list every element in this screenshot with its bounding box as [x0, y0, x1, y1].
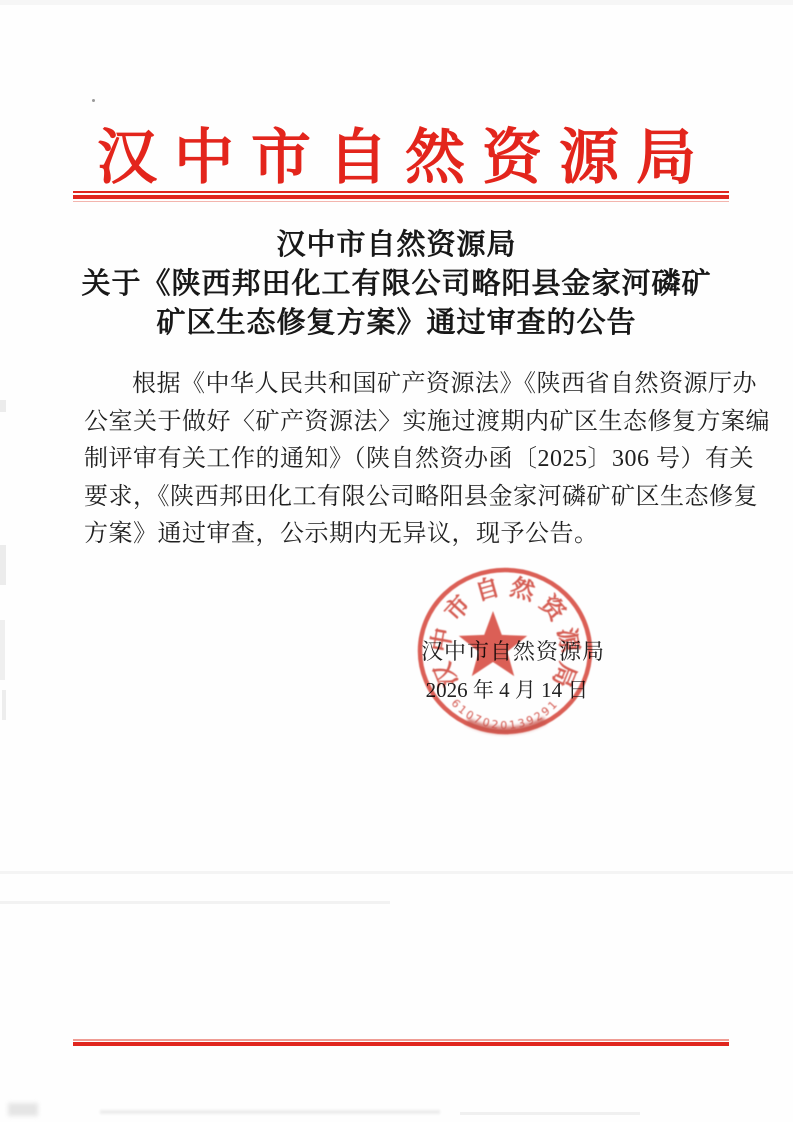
svg-text:然: 然	[507, 573, 539, 607]
scanned-document-page: 汉中市自然资源局 汉中市自然资源局 关于《陕西邦田化工有限公司略阳县金家河磷矿 …	[0, 0, 793, 1122]
letterhead-title: 汉中市自然资源局	[0, 110, 793, 196]
scan-artifact	[8, 1103, 38, 1116]
scan-artifact	[0, 620, 5, 680]
document-title-line-2: 关于《陕西邦田化工有限公司略阳县金家河磷矿	[0, 265, 793, 304]
document-title-line-1: 汉中市自然资源局	[0, 226, 793, 265]
rule-echo-line	[73, 201, 729, 202]
scan-artifact	[100, 1110, 440, 1114]
document-title-line-3: 矿区生态修复方案》通过审查的公告	[0, 304, 793, 343]
official-seal: 汉中市自然资源局 6107020139291	[398, 544, 612, 758]
scan-artifact	[0, 871, 793, 874]
rule-thick-line	[73, 1042, 729, 1046]
scan-artifact	[0, 901, 390, 904]
svg-text:源: 源	[552, 626, 583, 655]
scan-artifact	[0, 400, 6, 412]
scan-artifact	[92, 99, 95, 102]
scan-artifact	[2, 690, 6, 720]
body-line: 要求，《陕西邦田化工有限公司略阳县金家河磷矿矿区生态修复	[84, 479, 716, 517]
svg-text:局: 局	[547, 659, 581, 691]
body-line: 制评审有关工作的通知》（陕自然资办函〔2025〕306 号）有关	[84, 441, 716, 479]
body-paragraph: 根据《中华人民共和国矿产资源法》《陕西省自然资源厅办 公室关于做好〈矿产资源法〉…	[84, 366, 716, 554]
svg-text:中: 中	[427, 626, 458, 654]
body-line: 公室关于做好〈矿产资源法〉实施过渡期内矿区生态修复方案编	[84, 404, 716, 442]
scan-artifact	[0, 545, 6, 585]
rule-thick-line	[73, 195, 729, 199]
seal-star	[459, 611, 527, 676]
svg-text:自: 自	[472, 574, 503, 607]
scan-artifact	[460, 1112, 640, 1115]
scan-artifact	[0, 0, 793, 5]
svg-text:汉: 汉	[429, 658, 463, 691]
document-title: 汉中市自然资源局 关于《陕西邦田化工有限公司略阳县金家河磷矿 矿区生态修复方案》…	[0, 226, 793, 343]
body-line: 根据《中华人民共和国矿产资源法》《陕西省自然资源厅办	[84, 366, 716, 404]
